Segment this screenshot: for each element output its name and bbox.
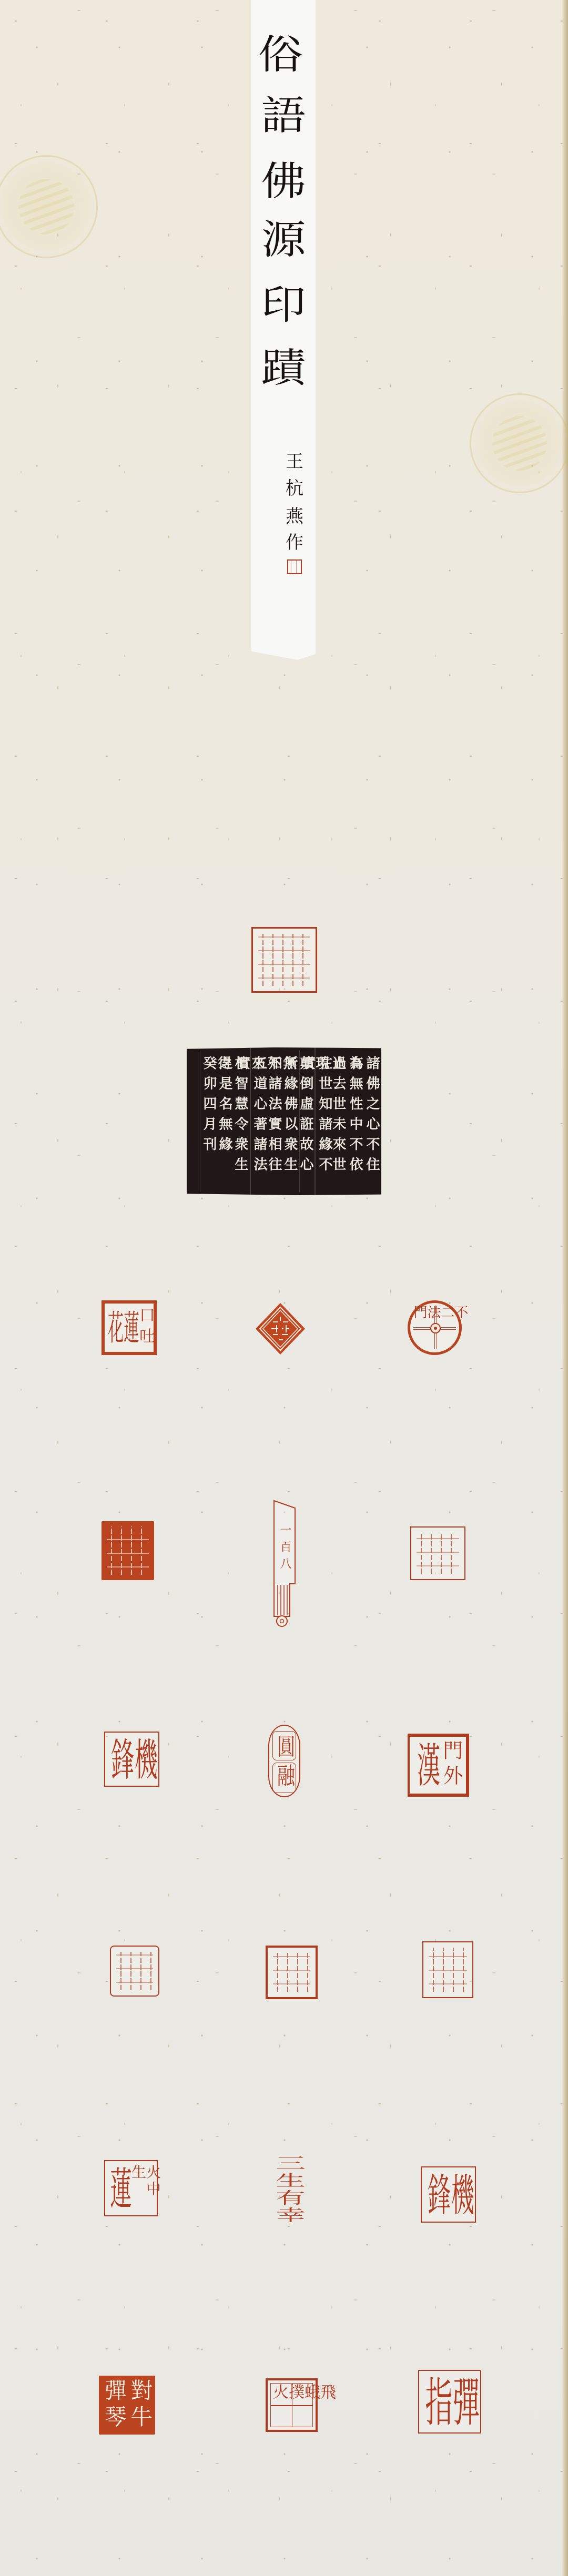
seal-glyph-strokes bbox=[417, 1533, 459, 1574]
rubbing-column: 諸佛之心不住有 bbox=[363, 1056, 380, 1195]
seal-glyph-strokes bbox=[116, 1952, 153, 1990]
seal-r4c2 bbox=[266, 1946, 318, 1999]
seal-r3c2-oval: 圓 融 bbox=[268, 1725, 300, 1797]
seal-glyph-strokes bbox=[273, 1953, 310, 1992]
seal-inscription: 飛蛾 撲火 bbox=[271, 2384, 312, 2427]
seal-text-column: 蓮 bbox=[108, 2165, 130, 2212]
seal-text-column: 一百八 bbox=[276, 1524, 293, 1574]
seal-scroll: 俗 語 佛 源 印 蹟 王 杭 燕 作 諸佛之心不住有 為無性中不依止 過去世未… bbox=[0, 0, 568, 2576]
seal-inscription: 機 鋒 bbox=[425, 2171, 472, 2218]
rubbing-column: 五道心著諸法實 bbox=[251, 1056, 268, 1195]
title-char: 語 bbox=[248, 95, 320, 137]
seal-text-column: 門外 bbox=[441, 1740, 461, 1790]
seal-r5c2-tall: 三生有幸 bbox=[270, 2155, 303, 2224]
seal-r4c3 bbox=[422, 1941, 473, 1998]
faded-stamp-right bbox=[470, 393, 568, 493]
seal-inscription: 圓 融 bbox=[272, 1732, 296, 1790]
seal-text-column: 口吐 bbox=[137, 1307, 153, 1349]
seal-inscription: 口吐 蓮 花 bbox=[106, 1305, 153, 1351]
seal-text-column: 飛蛾 bbox=[302, 2384, 334, 2427]
rubbing-column: 之是名無緣 bbox=[216, 1056, 233, 1157]
seal-r6c2-grid: 飛蛾 撲火 bbox=[266, 2378, 318, 2432]
seal-r2c3 bbox=[410, 1526, 465, 1580]
seal-text-column: 花 bbox=[106, 1309, 121, 1346]
seal-text-column: 融 bbox=[276, 1763, 293, 1788]
seal-r5c3: 機 鋒 bbox=[421, 2166, 476, 2223]
title-char: 俗 bbox=[245, 34, 317, 76]
seal-r1c2-diamond bbox=[256, 1303, 305, 1355]
seal-r4c1 bbox=[110, 1946, 159, 1997]
seal-inscription: 不二 法門 bbox=[412, 1305, 457, 1350]
seal-text-column: 撲火 bbox=[271, 2384, 302, 2427]
rubbing-column: 癸卯四月刊 bbox=[200, 1056, 217, 1157]
seal-glyph-strokes bbox=[429, 1948, 467, 1992]
title-char: 印 bbox=[248, 284, 320, 326]
seal-inscription: 三生有幸 bbox=[270, 2155, 303, 2224]
seal-inscription: 彈 指 bbox=[422, 2374, 477, 2429]
seal-inscription: 火中生 蓮 bbox=[108, 2164, 154, 2212]
title-char: 蹟 bbox=[248, 347, 320, 389]
seal-text-column: 圓 bbox=[276, 1734, 293, 1759]
signature-char: 王 bbox=[285, 452, 305, 472]
seal-r6c1: 對牛 彈琴 bbox=[99, 2376, 155, 2435]
seal-text-column: 鋒 bbox=[108, 1736, 131, 1782]
rubbing-column: 知諸法實相往來 bbox=[266, 1056, 282, 1195]
rubbing-column: 相智慧令衆生得 bbox=[232, 1056, 249, 1195]
rubbing-column: 在世知諸緣不實 bbox=[316, 1056, 333, 1195]
seal-glyph-strokes bbox=[258, 934, 310, 986]
seal-text-column: 機 bbox=[132, 1736, 155, 1782]
seal-text-column: 彈琴 bbox=[103, 2379, 125, 2431]
rubbing-column: 顛倒虛誑故心無 bbox=[297, 1056, 314, 1195]
seal-inscription: 機 鋒 bbox=[108, 1736, 155, 1783]
mount-edge bbox=[562, 0, 568, 2576]
seal-text-column: 指 bbox=[422, 2375, 450, 2429]
rubbing-column: 為無性中不依止 bbox=[347, 1056, 363, 1195]
seal-r3c3: 門外 漢 bbox=[408, 1734, 469, 1797]
seal-text-column: 法門 bbox=[412, 1305, 440, 1350]
faded-stamp-left bbox=[0, 155, 98, 258]
seal-r1c1: 口吐 蓮 花 bbox=[102, 1300, 157, 1355]
seal-inscription: 門外 漢 bbox=[413, 1740, 463, 1790]
seal-text-column: 三生有幸 bbox=[272, 2155, 302, 2224]
seal-text-column: 彈 bbox=[450, 2375, 477, 2429]
seal-text-column: 不二 bbox=[440, 1305, 467, 1350]
rubbing-column: 所緣佛以衆生不 bbox=[281, 1056, 298, 1195]
seal-r2c2-knife: 一百八 bbox=[272, 1500, 297, 1628]
seal-text-column: 漢 bbox=[414, 1741, 438, 1789]
artist-seal bbox=[287, 559, 302, 574]
signature-char: 燕 bbox=[285, 506, 305, 526]
seal-text-column: 機 bbox=[449, 2172, 472, 2217]
seal-text-column: 對牛 bbox=[129, 2379, 151, 2431]
seal-inscription: 對牛 彈琴 bbox=[101, 2378, 153, 2432]
seal-glyph-strokes bbox=[107, 1526, 149, 1575]
title-strip: 俗 語 佛 源 印 蹟 王 杭 燕 作 bbox=[251, 0, 316, 660]
seal-r3c1: 機 鋒 bbox=[104, 1732, 159, 1787]
rubbing-inscription: 諸佛之心不住有 為無性中不依止 過去世未來世現 在世知諸緣不實 顛倒虛誑故心無 … bbox=[187, 1047, 381, 1195]
seal-r5c1: 火中生 蓮 bbox=[104, 2160, 158, 2216]
seal-text-column: 鋒 bbox=[425, 2172, 448, 2217]
seal-r6c3: 彈 指 bbox=[418, 2370, 481, 2434]
seal-r2c1 bbox=[102, 1521, 154, 1580]
header-seal bbox=[251, 927, 317, 993]
seal-text-column: 蓮 bbox=[121, 1309, 137, 1346]
title-char: 源 bbox=[248, 219, 320, 261]
title-char: 佛 bbox=[248, 160, 320, 202]
diamond-seal-shape bbox=[256, 1303, 305, 1355]
seal-r1c3-circle: 不二 法門 bbox=[408, 1300, 462, 1355]
seal-text-column: 火中生 bbox=[130, 2164, 160, 2212]
signature-char: 杭 bbox=[285, 478, 305, 498]
signature-char: 作 bbox=[285, 533, 305, 553]
